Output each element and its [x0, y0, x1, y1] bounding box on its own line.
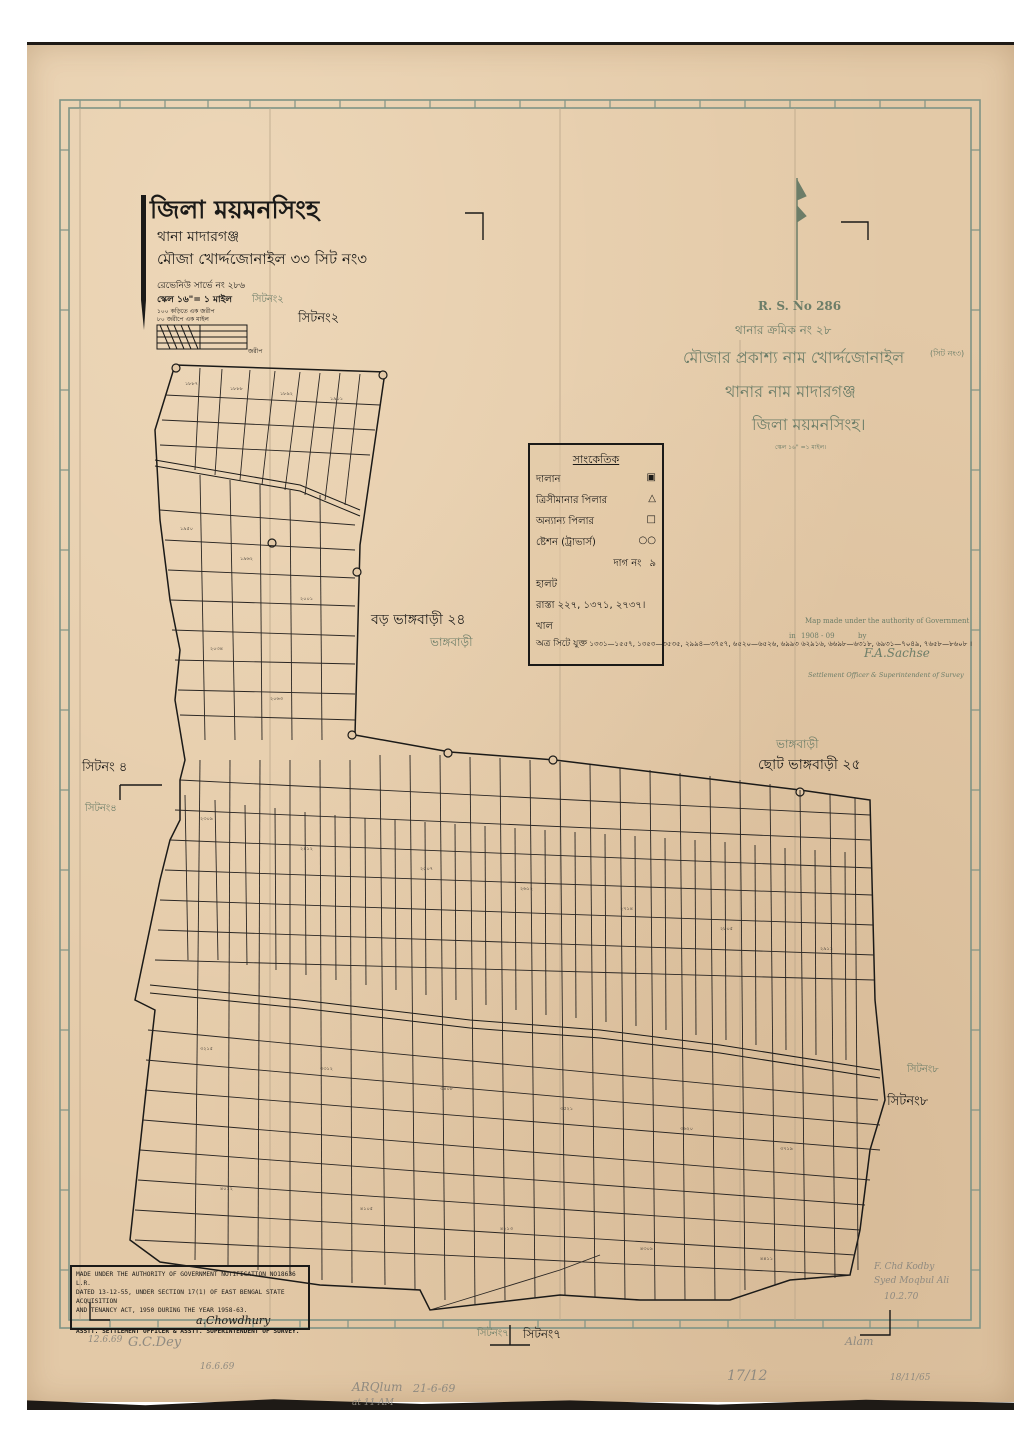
sheet-tag: (সিট নং৩): [930, 348, 964, 361]
svg-text:৪২১৩: ৪২১৩: [500, 1226, 514, 1232]
mouza-boundary: [130, 365, 885, 1310]
plot-number-icon: ৯: [650, 556, 657, 573]
annotation-signature-1: G.C.Dey: [128, 1335, 181, 1350]
svg-text:৩৩১২: ৩৩১২: [320, 1066, 333, 1072]
notification-line-2: DATED 13-12-55, UNDER SECTION 17(1) OF E…: [76, 1288, 304, 1306]
svg-text:২৬১২: ২৬১২: [520, 886, 533, 892]
sheet-east-label: সিটনং৮: [887, 1092, 928, 1113]
annotation-sign-4: F. Chd Kodby: [874, 1262, 934, 1272]
authority-title: Settlement Officer & Superintendent of S…: [808, 671, 964, 679]
village-bara-faint: ভাঙ্গবাড়ী: [430, 634, 473, 654]
traverse-stations: [172, 364, 804, 796]
authority-by: by: [858, 632, 866, 640]
annotation-date-1: 12.6.69: [88, 1335, 122, 1345]
svg-text:২৭১৪: ২৭১৪: [620, 906, 633, 912]
annotation-date-5: 18/11/65: [890, 1373, 930, 1383]
scale-bar: [157, 325, 247, 349]
parcel-lines: [135, 368, 880, 1310]
svg-text:৩৭১৯: ৩৭১৯: [780, 1146, 793, 1152]
svg-text:২০৩৪: ২০৩৪: [210, 646, 223, 652]
mouza-public-name: মৌজার প্রকাশ্য নাম খোর্দ্দজোনাইল: [683, 345, 904, 372]
annotation-signature-2: ARQlum: [352, 1380, 402, 1394]
legend-title: সাংকেতিক: [530, 451, 662, 470]
svg-text:৪০১২: ৪০১২: [220, 1186, 233, 1192]
svg-text:৩৫২১: ৩৫২১: [560, 1106, 573, 1112]
svg-text:৩৬২০: ৩৬২০: [680, 1126, 693, 1132]
svg-text:১৮৮৮: ১৮৮৮: [230, 386, 244, 392]
legend-row-plot-number: দাগ নং৯: [530, 554, 662, 575]
authority-signature: F.A.Sachse: [864, 646, 930, 660]
sheet-west-label: সিটনং ৪: [82, 758, 127, 779]
village-bara-bhangbari: বড় ভাঙ্গবাড়ী ২৪: [371, 608, 466, 632]
svg-text:২৫০৭: ২৫০৭: [420, 866, 433, 872]
legend-row-other-pillar: অন্যান্য পিলার□: [530, 512, 662, 533]
svg-text:১৮৮৭: ১৮৮৭: [185, 381, 198, 387]
station-circle-icon: ○○: [639, 535, 656, 552]
svg-text:২৯১১: ২৯১১: [820, 946, 833, 952]
svg-text:২০৬৩: ২০৬৩: [270, 696, 284, 702]
svg-text:১৯৬২: ১৯৬২: [240, 556, 253, 562]
sheet-south-label: সিটনং৭: [523, 1326, 561, 1346]
legend-row-canal: খাল: [530, 617, 662, 638]
building-icon: ▣: [647, 472, 656, 489]
svg-text:৪৩০৯: ৪৩০৯: [640, 1246, 653, 1252]
mouza-title: মৌজা খোর্দ্দজোনাইল ৩৩ সিট নং৩: [157, 248, 367, 273]
annotation-date-3: 21-6-69: [413, 1382, 455, 1395]
annotation-date-2: 16.6.69: [200, 1362, 234, 1372]
legend-row-halot: হালট: [530, 575, 662, 596]
sheet-west-faint: সিটনং৪: [85, 801, 117, 818]
svg-text:৩৪০৮: ৩৪০৮: [440, 1086, 454, 1092]
thana-title: থানা মাদারগঞ্জ: [157, 225, 239, 249]
svg-text:৩২১৫: ৩২১৫: [200, 1046, 213, 1052]
svg-text:২৩০৯: ২৩০৯: [200, 816, 213, 822]
annotation-sign-5: Syed Moqbul Ali: [874, 1276, 949, 1286]
annotation-signature-3: Alam: [845, 1335, 873, 1348]
notification-box: MADE UNDER THE AUTHORITY OF GOVERNMENT N…: [70, 1265, 310, 1330]
district-name: জিলা ময়মনসিংহ।: [752, 412, 865, 439]
notification-line-1: MADE UNDER THE AUTHORITY OF GOVERNMENT N…: [76, 1270, 304, 1288]
authority-years: 1908 - 09: [801, 632, 835, 640]
notification-signature: a.Chowdhury: [76, 1315, 304, 1327]
svg-text:১৮৯২: ১৮৯২: [280, 391, 293, 397]
legend-box: সাংকেতিক দালান▣ ত্রিসীমানার পিলার△ অন্যা…: [528, 443, 664, 666]
svg-text:১৯০১: ১৯০১: [330, 396, 343, 402]
svg-text:২০০১: ২০০১: [300, 596, 313, 602]
legend-row-road: রাস্তা ২২৭, ১৩৭১, ২৭৩৭।: [530, 596, 662, 617]
legend-row-building: দালান▣: [530, 470, 662, 491]
scale-note-2: ৮০ জরীপে এক মাইল: [157, 314, 209, 325]
scale-label: স্কেল ১৬"= ১ মাইল: [157, 292, 232, 307]
village-chhota-bhangbari: ছোট ভাঙ্গবাড়ী ২৫: [758, 753, 861, 777]
authority-in: in: [789, 632, 796, 640]
sheet-east-faint: সিটনং৮: [907, 1062, 939, 1079]
annotation-date-4: 17/12: [727, 1368, 767, 1384]
legend-row-traverse-station: ষ্টেশন (ট্রাভার্স)○○: [530, 533, 662, 554]
parcel-numbers: ১৮৮৭১৮৮৮১৮৯২১৯০১ ১৯৫০১৯৬২২০০১২০৩৪ ২০৬৩২৩…: [180, 381, 833, 1262]
title-side-bar: [141, 195, 146, 330]
svg-text:২৮০৫: ২৮০৫: [720, 926, 733, 932]
svg-text:৪১০৫: ৪১০৫: [360, 1206, 373, 1212]
thana-name: থানার নাম মাদারগঞ্জ: [725, 379, 856, 406]
sheet-north-label: সিটনং২: [298, 309, 339, 330]
legend-note: অত্র সিটে যুক্ত ১৩৩১—১৫৫৭, ১৩৫৩—৩৫৩৫, ২৯…: [530, 638, 662, 651]
scale-bar-unit: জরীপ: [248, 346, 262, 357]
rs-number: R. S. No 286: [758, 299, 841, 313]
svg-text:২৪১২: ২৪১২: [300, 846, 313, 852]
annotation-date-6: 10.2.70: [884, 1292, 918, 1302]
authority-line-1: Map made under the authority of Governme…: [805, 617, 969, 625]
thana-serial-number: থানার ক্রমিক নং ২৮: [735, 322, 831, 342]
svg-text:৪৪১১: ৪৪১১: [760, 1256, 773, 1262]
north-arrow-icon: [797, 178, 806, 300]
sheet-north-faint: সিটনং২: [252, 292, 284, 309]
svg-text:১৯৫০: ১৯৫০: [180, 526, 193, 532]
triangle-pillar-icon: △: [648, 493, 656, 510]
annotation-time: at 11 AM: [352, 1398, 394, 1408]
square-pillar-icon: □: [647, 514, 656, 531]
right-scale-line: স্কেল ১৬" =১ মাইল।: [775, 442, 826, 453]
sheet-south-faint: সিটনং৭: [477, 1326, 509, 1343]
revenue-survey-number: রেভেনিউ সার্ভে নং ২৮৬: [157, 278, 245, 293]
legend-row-trijunction-pillar: ত্রিসীমানার পিলার△: [530, 491, 662, 512]
